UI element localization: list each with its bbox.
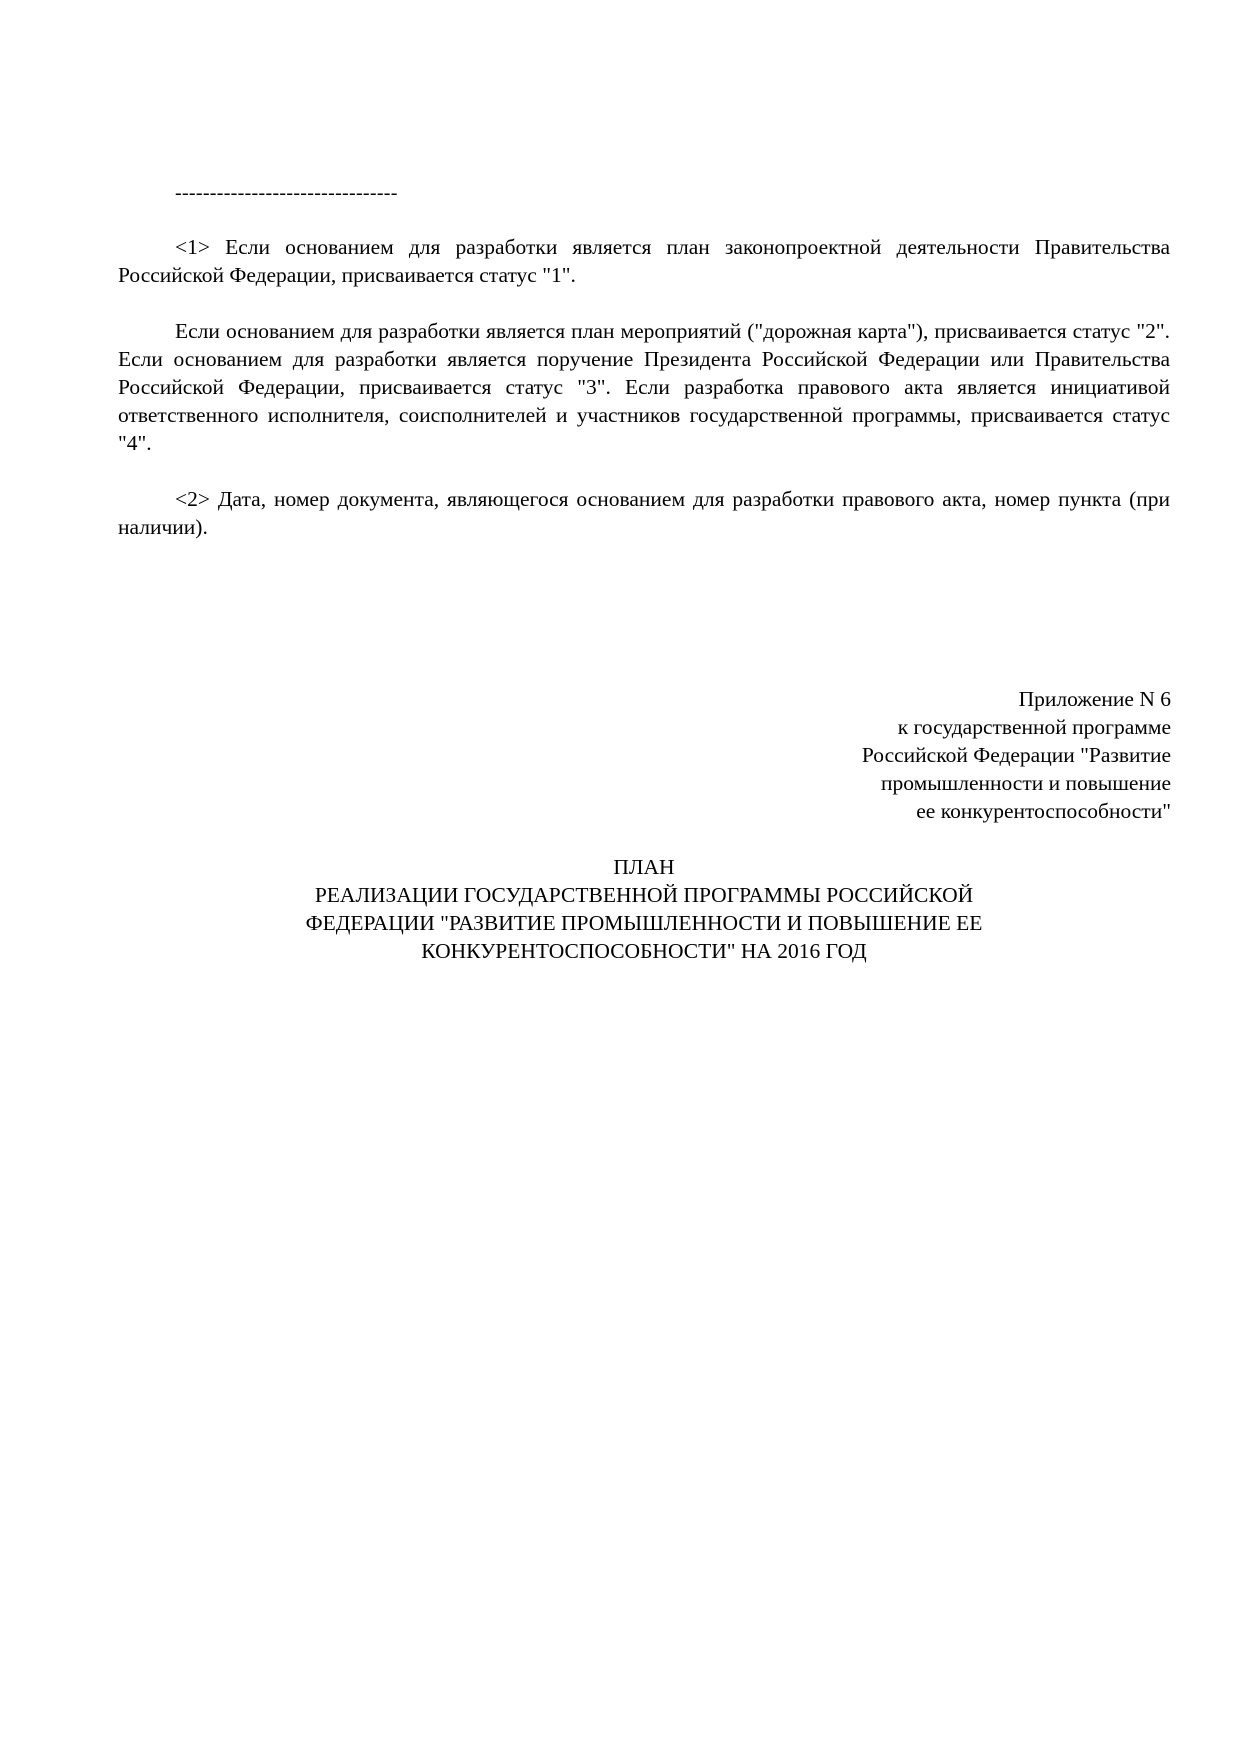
document-page: -------------------------------- <1> Есл… bbox=[0, 0, 1240, 1754]
title-line-4: КОНКУРЕНТОСПОСОБНОСТИ" НА 2016 ГОД bbox=[118, 937, 1170, 965]
appendix-line-5: ее конкурентоспособности" bbox=[751, 797, 1171, 825]
title-line-2: РЕАЛИЗАЦИИ ГОСУДАРСТВЕННОЙ ПРОГРАММЫ РОС… bbox=[118, 881, 1170, 909]
appendix-line-2: к государственной программе bbox=[751, 713, 1171, 741]
appendix-heading: Приложение N 6 к государственной програм… bbox=[751, 685, 1171, 825]
footnote-1: <1> Если основанием для разработки являе… bbox=[118, 233, 1170, 289]
appendix-line-3: Российской Федерации "Развитие bbox=[751, 741, 1171, 769]
footnote-separator: -------------------------------- bbox=[175, 181, 398, 205]
title-plan: ПЛАН bbox=[118, 853, 1170, 881]
appendix-number: Приложение N 6 bbox=[751, 685, 1171, 713]
footnote-2: <2> Дата, номер документа, являющегося о… bbox=[118, 485, 1170, 541]
title-line-3: ФЕДЕРАЦИИ "РАЗВИТИЕ ПРОМЫШЛЕННОСТИ И ПОВ… bbox=[118, 909, 1170, 937]
document-title: ПЛАН РЕАЛИЗАЦИИ ГОСУДАРСТВЕННОЙ ПРОГРАММ… bbox=[118, 853, 1170, 965]
footnote-1-continued: Если основанием для разработки является … bbox=[118, 317, 1170, 457]
appendix-line-4: промышленности и повышение bbox=[751, 769, 1171, 797]
